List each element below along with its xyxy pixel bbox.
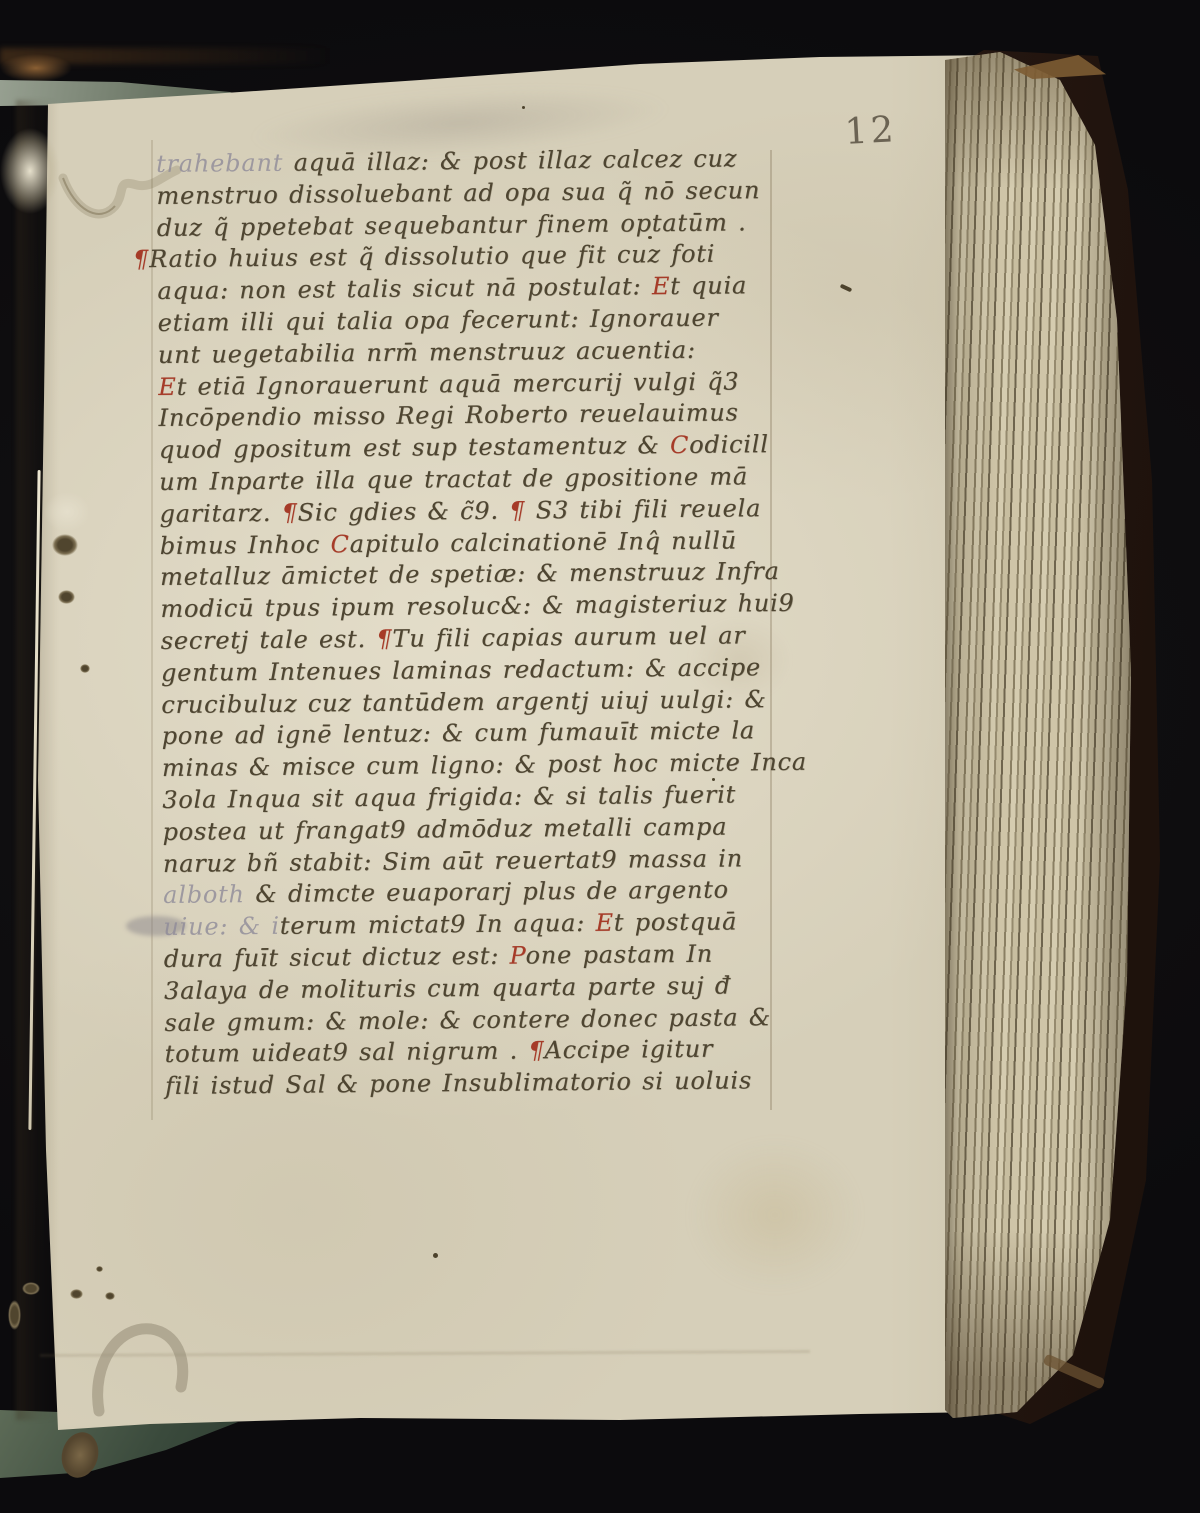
ink-text: S3 tibi fili reuela xyxy=(536,494,762,524)
ink-text: gentum Intenues laminas redactum: & acci… xyxy=(161,653,761,687)
ink-text: sale gmum: & mole: & contere donec pasta… xyxy=(164,1003,771,1037)
pencil-text: trahebant xyxy=(156,149,283,178)
ink-text: dura fuīt sicut dictuz est: xyxy=(164,942,510,973)
ink-text: um Inparte illa que tractat de gposition… xyxy=(159,462,748,496)
ink-text: minas & misce cum ligno: & post hoc mict… xyxy=(162,748,807,782)
ink-text: etiam illi qui talia opa fecerunt: Ignor… xyxy=(158,304,719,337)
rubric-text: E xyxy=(652,272,671,300)
ink-text: menstruo dissoluebant ad opa sua q̃ nō s… xyxy=(156,176,760,210)
wormhole xyxy=(70,1289,83,1299)
ink-text: Accipe igitur xyxy=(544,1035,713,1065)
wormhole xyxy=(105,1292,115,1300)
rubric-text: P xyxy=(509,941,525,969)
ink-text: duz q̃ ppetebat sequebantur finem optatū… xyxy=(157,208,747,242)
rubric-text: E xyxy=(158,372,177,400)
ink-text: Sic gdies & c̃9. xyxy=(298,496,510,526)
rubric-text: ¶ xyxy=(528,1037,544,1065)
ink-text: pone ad ignē lentuz: & cum fumauīt micte… xyxy=(162,717,756,751)
ink-text: Tu fili capias aurum uel ar xyxy=(392,621,745,652)
ink-text: garitarz. xyxy=(159,499,281,528)
ink-text: totum uideat9 sal nigrum . xyxy=(165,1037,529,1068)
ink-speck xyxy=(522,106,525,109)
rubric-text: C xyxy=(670,431,689,459)
ink-text: apitulo calcinationē Inq̂ nullū xyxy=(350,526,737,558)
wormhole xyxy=(22,1282,40,1295)
wormhole xyxy=(96,1266,103,1272)
ink-text: secretj tale est. xyxy=(161,625,377,655)
ink-text: Incōpendio misso Regi Roberto reuelauimu… xyxy=(158,399,738,433)
ink-text: t postquā xyxy=(614,908,738,937)
ink-text: terum mictat9 In aqua: xyxy=(280,909,596,940)
ink-text: odicill xyxy=(689,430,769,459)
ink-text: modicū tpus ipum resoluc&: & magisteriuz… xyxy=(160,589,794,623)
repair-patch xyxy=(0,128,60,214)
wormhole xyxy=(52,534,78,556)
ink-text: & dimcte euaporarj plus de argento xyxy=(245,876,729,909)
wormhole xyxy=(58,590,75,604)
ink-speck xyxy=(433,1253,438,1258)
manuscript-text-block: trahebant aquā illaz: & post illaz calce… xyxy=(156,143,805,1109)
ink-text: postea ut frangat9 admōduz metalli campa xyxy=(162,812,727,845)
rubric-text: ¶ xyxy=(282,498,298,526)
ink-text: Ratio huius est q̃ dissolutio que fit cu… xyxy=(149,240,715,273)
ink-text: aqua: non est talis sicut nā postulat: xyxy=(157,272,652,305)
folio-number: 12 xyxy=(844,108,917,162)
rubric-text: ¶ xyxy=(376,625,392,653)
stain-bottom-right xyxy=(690,1140,860,1290)
ink-text: crucibuluz cuz tantūdem argentj uiuj uul… xyxy=(161,685,766,719)
ink-text: aquā illaz: & post illaz calcez cuz xyxy=(283,144,737,176)
rubric-text: E xyxy=(595,909,614,937)
ink-text: 3ola Inqua sit aqua frigida: & si talis … xyxy=(162,780,736,814)
ink-text: one pastam In xyxy=(525,940,713,970)
cover-edge-highlight xyxy=(0,54,72,82)
wormhole xyxy=(8,1300,21,1330)
ink-text: fili istud Sal & pone Insublimatorio si … xyxy=(165,1066,752,1100)
ink-text: quod gpositum est sup testamentuz & xyxy=(159,431,670,464)
rubric-text: C xyxy=(330,530,349,558)
pencil-text: alboth xyxy=(163,881,245,910)
ink-text: metalluz āmictet de spetiæ: & menstruuz … xyxy=(160,557,780,591)
pencil-text: uiue: & i xyxy=(163,912,280,941)
tear-highlight xyxy=(44,492,90,532)
ink-text: t quia xyxy=(670,272,747,301)
ink-text: unt uegetabilia nrm̄ menstruuz acuentia: xyxy=(158,336,696,369)
rubric-text: ¶ xyxy=(509,496,536,524)
ink-text: naruz bñ stabit: Sim aūt reuertat9 massa… xyxy=(163,844,743,878)
manuscript-line-30: fili istud Sal & pone Insublimatorio si … xyxy=(165,1065,805,1103)
rubric-text: ¶ xyxy=(133,245,149,273)
manuscript-photo: 12 trahebant aquā illaz: & post illaz ca… xyxy=(0,0,1200,1513)
wormhole xyxy=(80,664,90,673)
ink-text: bimus Inhoc xyxy=(160,530,331,560)
ruling-line-left xyxy=(151,140,153,1120)
ink-text: t etiā Ignorauerunt aquā mercurij vulgi … xyxy=(176,367,739,400)
ink-text: 3alaya de molituris cum quarta parte suj… xyxy=(164,971,731,1004)
hook-stain xyxy=(85,1315,205,1425)
